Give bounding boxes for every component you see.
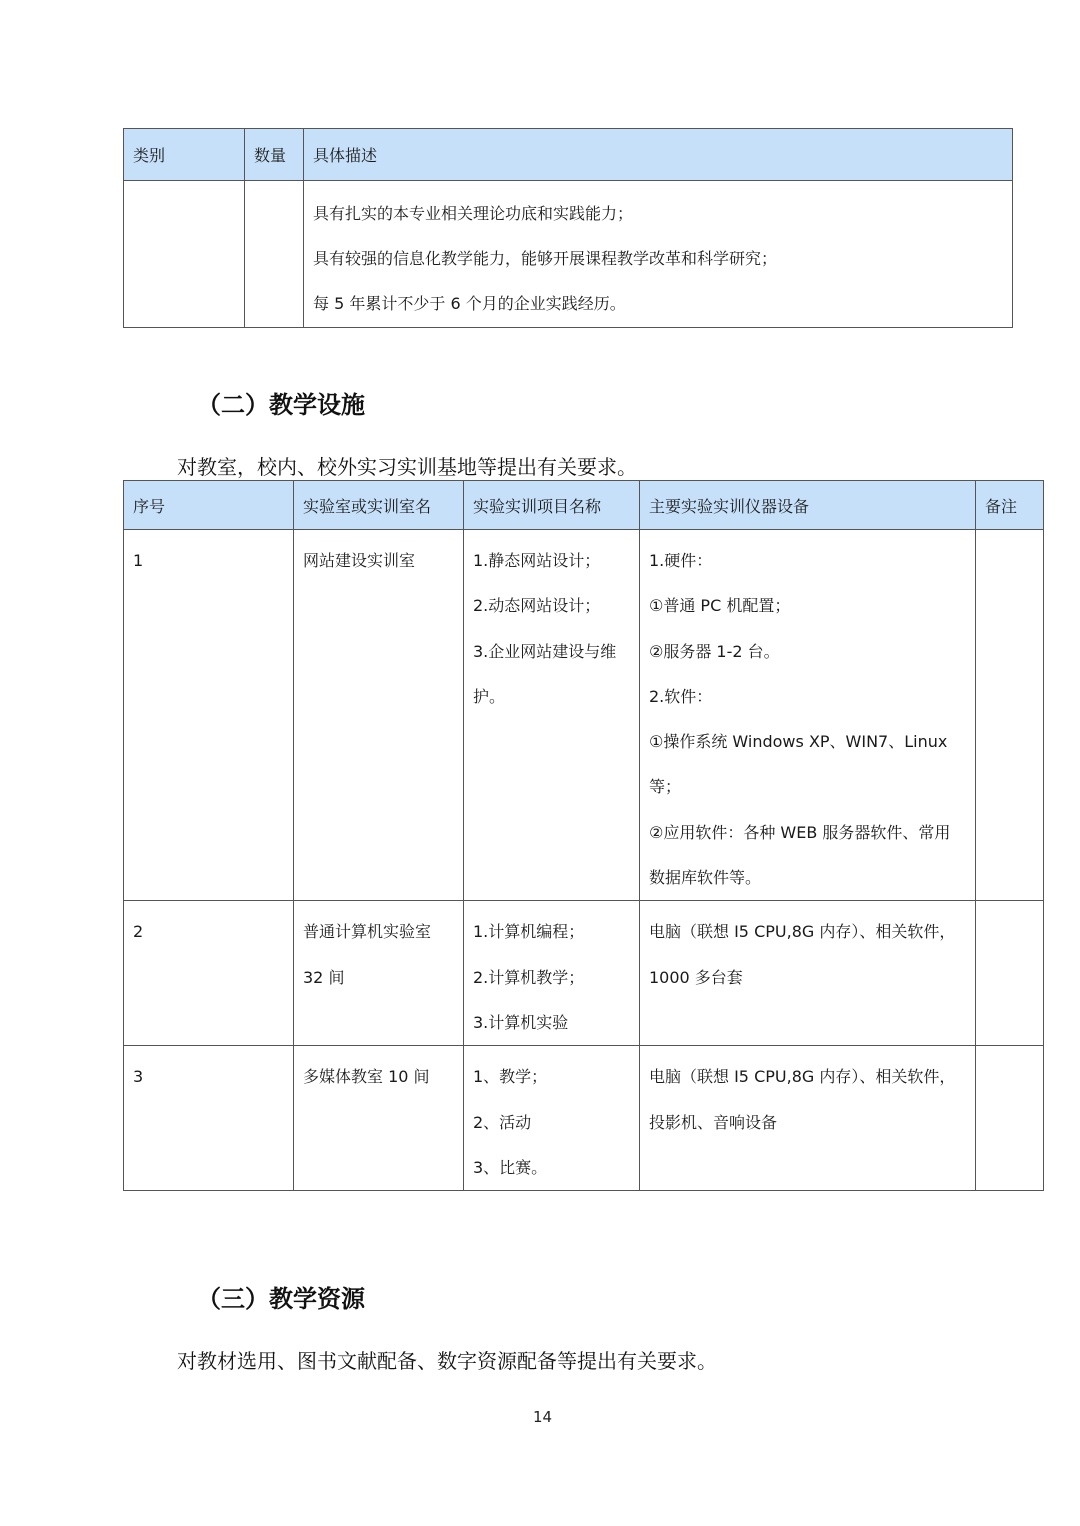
table-row: 具有扎实的本专业相关理论功底和实践能力； 具有较强的信息化教学能力，能够开展课程…	[124, 181, 1013, 328]
page-number: 14	[0, 1408, 1080, 1426]
header-no: 序号	[124, 481, 294, 530]
cell-room: 网站建设实训室	[294, 530, 464, 901]
table-row: 3 多媒体教室 10 间 1、教学； 2、活动 3、比赛。 电脑（联想 I5 C…	[124, 1046, 1044, 1191]
cell-note	[976, 530, 1044, 901]
header-projects: 实验实训项目名称	[464, 481, 640, 530]
section-heading-facilities: （二）教学设施	[197, 385, 365, 420]
header-room: 实验室或实训室名	[294, 481, 464, 530]
table-header-row: 序号 实验室或实训室名 实验实训项目名称 主要实验实训仪器设备 备注	[124, 481, 1044, 530]
header-category: 类别	[124, 129, 245, 181]
header-description: 具体描述	[304, 129, 1013, 181]
cell-room: 多媒体教室 10 间	[294, 1046, 464, 1191]
table-header-row: 类别 数量 具体描述	[124, 129, 1013, 181]
cell-projects: 1.静态网站设计； 2.动态网站设计； 3.企业网站建设与维 护。	[464, 530, 640, 901]
cell-note	[976, 901, 1044, 1046]
header-count: 数量	[245, 129, 304, 181]
description-line: 每 5 年累计不少于 6 个月的企业实践经历。	[313, 281, 1003, 326]
cell-count	[245, 181, 304, 328]
cell-equipment: 电脑（联想 I5 CPU,8G 内存）、相关软件， 投影机、音响设备	[640, 1046, 976, 1191]
description-line: 具有扎实的本专业相关理论功底和实践能力；	[313, 191, 1003, 236]
cell-no: 1	[124, 530, 294, 901]
cell-projects: 1、教学； 2、活动 3、比赛。	[464, 1046, 640, 1191]
table-row: 1 网站建设实训室 1.静态网站设计； 2.动态网站设计； 3.企业网站建设与维…	[124, 530, 1044, 901]
teacher-requirements-table: 类别 数量 具体描述 具有扎实的本专业相关理论功底和实践能力； 具有较强的信息化…	[123, 128, 1013, 328]
cell-equipment: 电脑（联想 I5 CPU,8G 内存）、相关软件， 1000 多台套	[640, 901, 976, 1046]
cell-category	[124, 181, 245, 328]
table-row: 2 普通计算机实验室 32 间 1.计算机编程； 2.计算机教学； 3.计算机实…	[124, 901, 1044, 1046]
description-line: 具有较强的信息化教学能力，能够开展课程教学改革和科学研究；	[313, 236, 1003, 281]
cell-note	[976, 1046, 1044, 1191]
header-equipment: 主要实验实训仪器设备	[640, 481, 976, 530]
section-intro-resources: 对教材选用、图书文献配备、数字资源配备等提出有关要求。	[177, 1345, 717, 1374]
cell-equipment: 1.硬件： ①普通 PC 机配置； ②服务器 1-2 台。 2.软件： ①操作系…	[640, 530, 976, 901]
cell-room: 普通计算机实验室 32 间	[294, 901, 464, 1046]
facilities-table: 序号 实验室或实训室名 实验实训项目名称 主要实验实训仪器设备 备注 1 网站建…	[123, 480, 1044, 1191]
header-note: 备注	[976, 481, 1044, 530]
section-intro-facilities: 对教室，校内、校外实习实训基地等提出有关要求。	[177, 451, 637, 480]
cell-no: 2	[124, 901, 294, 1046]
cell-description: 具有扎实的本专业相关理论功底和实践能力； 具有较强的信息化教学能力，能够开展课程…	[304, 181, 1013, 328]
cell-projects: 1.计算机编程； 2.计算机教学； 3.计算机实验	[464, 901, 640, 1046]
section-heading-resources: （三）教学资源	[197, 1279, 365, 1314]
cell-no: 3	[124, 1046, 294, 1191]
